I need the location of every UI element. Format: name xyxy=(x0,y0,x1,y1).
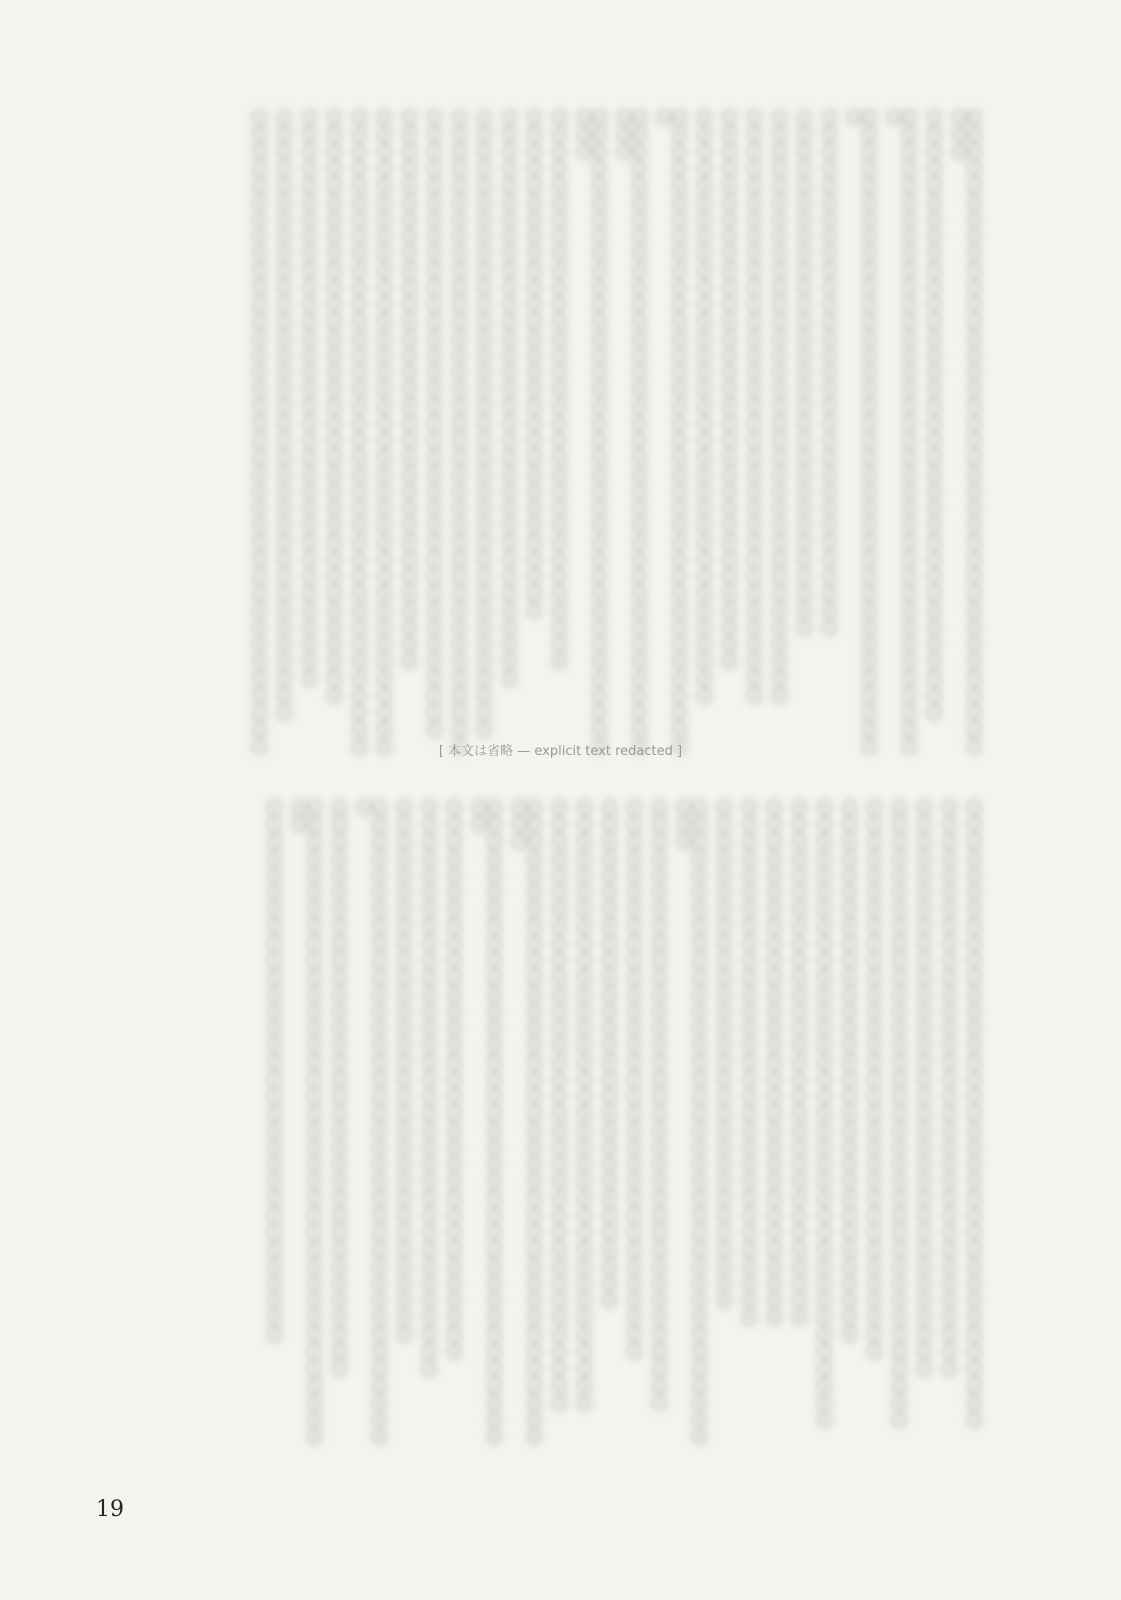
redacted-text-column: 〇〇〇〇〇〇〇〇〇〇〇〇〇〇〇〇〇〇〇〇〇〇〇〇〇〇〇〇〇〇〇〇〇〇〇〇〇〇 xyxy=(351,110,366,770)
redacted-text-column: 〇〇〇〇〇〇〇〇〇〇〇〇〇〇〇〇〇〇〇〇〇〇〇〇〇〇〇〇〇〇〇〇〇〇〇〇〇〇〇〇… xyxy=(676,800,706,1460)
redacted-text-column: 〇〇〇〇〇〇〇〇〇〇〇〇〇〇〇〇〇〇〇〇〇〇〇〇〇〇〇〇〇〇〇〇〇〇〇〇〇 xyxy=(891,800,906,1460)
redacted-text-column: 〇〇〇〇〇〇〇〇〇〇〇〇〇〇〇〇〇〇〇〇〇〇〇〇〇〇〇〇〇〇〇〇〇〇〇〇〇 xyxy=(476,110,491,770)
redacted-text-column: 〇〇〇〇〇〇〇〇〇〇〇〇〇〇〇〇〇〇〇〇〇〇〇〇〇〇〇〇〇〇〇〇〇〇 xyxy=(301,110,316,770)
redacted-text-column: 〇〇〇〇〇〇〇〇〇〇〇〇〇〇〇〇〇〇〇〇〇〇〇〇〇〇〇〇〇〇〇〇〇〇〇〇〇〇〇〇… xyxy=(616,110,646,770)
redacted-text-column: 〇〇〇〇〇〇〇〇〇〇〇〇〇〇〇〇〇〇〇〇〇〇〇〇〇〇〇〇〇〇〇〇 xyxy=(841,800,856,1460)
redacted-text-column: 〇〇〇〇〇〇〇〇〇〇〇〇〇〇〇〇〇〇〇〇〇〇〇〇〇〇〇〇〇〇 xyxy=(526,110,541,770)
redacted-text-column: 〇〇〇〇〇〇〇〇〇〇〇〇〇〇〇〇〇〇〇〇〇〇〇〇〇〇〇〇〇〇〇〇〇〇 xyxy=(501,110,516,770)
redacted-text-column: 〇〇〇〇〇〇〇〇〇〇〇〇〇〇〇〇〇〇〇〇〇〇〇〇〇〇〇〇〇〇〇〇〇〇 xyxy=(941,800,956,1460)
book-page: 〇〇〇〇〇〇〇〇〇〇〇〇〇〇〇〇〇〇〇〇〇〇〇〇〇〇〇〇〇〇〇〇〇〇〇〇〇〇〇〇… xyxy=(0,0,1121,1600)
redacted-text-column: 〇〇〇〇〇〇〇〇〇〇〇〇〇〇〇〇〇〇〇〇〇〇〇〇〇〇〇〇〇〇〇〇〇〇〇〇〇 xyxy=(816,800,831,1460)
text-band-bottom: 〇〇〇〇〇〇〇〇〇〇〇〇〇〇〇〇〇〇〇〇〇〇〇〇〇〇〇〇〇〇〇〇〇〇〇〇〇〇〇〇… xyxy=(120,800,981,1460)
redaction-note: [ 本文は省略 — explicit text redacted ] xyxy=(0,740,1121,759)
redacted-text-column: 〇〇〇〇〇〇〇〇〇〇〇〇〇〇〇〇〇〇〇〇〇〇〇〇〇〇〇〇〇〇〇〇〇〇〇〇〇 xyxy=(966,800,981,1460)
redacted-text-column: 〇〇〇〇〇〇〇〇〇〇〇〇〇〇〇〇〇〇〇〇〇〇〇〇〇〇〇〇〇〇〇〇〇〇 xyxy=(421,800,436,1460)
redacted-text-column: 〇〇〇〇〇〇〇〇〇〇〇〇〇〇〇〇〇〇〇〇〇〇〇〇〇〇〇〇〇〇〇〇〇〇〇〇〇〇 xyxy=(251,110,266,770)
redacted-text-column: 〇〇〇〇〇〇〇〇〇〇〇〇〇〇〇〇〇〇〇〇〇〇〇〇〇〇〇〇〇〇〇〇〇 xyxy=(626,800,641,1460)
redacted-text-column: 〇〇〇〇〇〇〇〇〇〇〇〇〇〇〇〇〇〇〇〇〇〇〇〇〇〇〇〇〇〇〇〇〇〇〇〇〇〇 xyxy=(376,110,391,770)
redacted-text-column: 〇〇〇〇〇〇〇〇〇〇〇〇〇〇〇〇〇〇〇〇〇〇〇〇〇〇〇〇〇〇〇〇〇〇〇〇〇 xyxy=(426,110,441,770)
redacted-text-column: 〇〇〇〇〇〇〇〇〇〇〇〇〇〇〇〇〇〇〇〇〇〇〇〇〇〇〇〇〇〇〇 xyxy=(821,110,836,770)
redacted-text-column: 〇〇〇〇〇〇〇〇〇〇〇〇〇〇〇〇〇〇〇〇〇〇〇〇〇〇〇〇〇〇〇〇〇〇〇〇〇〇〇 xyxy=(846,110,876,770)
redacted-text-column: 〇〇〇〇〇〇〇〇〇〇〇〇〇〇〇〇〇〇〇〇〇〇〇〇〇〇〇〇〇〇〇〇〇〇〇〇〇〇〇〇… xyxy=(951,110,981,770)
redacted-text-column: 〇〇〇〇〇〇〇〇〇〇〇〇〇〇〇〇〇〇〇〇〇〇〇〇〇〇〇〇〇〇〇〇〇〇〇〇 xyxy=(926,110,941,770)
redacted-text-column: 〇〇〇〇〇〇〇〇〇〇〇〇〇〇〇〇〇〇〇〇〇〇〇〇〇〇〇〇〇〇〇〇 xyxy=(396,800,411,1460)
redacted-text-column: 〇〇〇〇〇〇〇〇〇〇〇〇〇〇〇〇〇〇〇〇〇〇〇〇〇〇〇〇〇〇〇〇〇〇〇〇 xyxy=(651,800,666,1460)
redacted-text-column: 〇〇〇〇〇〇〇〇〇〇〇〇〇〇〇〇〇〇〇〇〇〇〇〇〇〇〇〇〇〇〇〇〇〇 xyxy=(331,800,346,1460)
redacted-text-column: 〇〇〇〇〇〇〇〇〇〇〇〇〇〇〇〇〇〇〇〇〇〇〇〇〇〇〇〇〇〇〇〇〇〇〇 xyxy=(326,110,341,770)
redacted-text-column: 〇〇〇〇〇〇〇〇〇〇〇〇〇〇〇〇〇〇〇〇〇〇〇〇〇〇〇〇〇〇〇〇〇〇〇〇〇〇〇〇… xyxy=(576,110,606,770)
redacted-text-column: 〇〇〇〇〇〇〇〇〇〇〇〇〇〇〇〇〇〇〇〇〇〇〇〇〇〇〇〇〇〇〇〇〇〇〇〇〇〇〇 xyxy=(356,800,386,1460)
redacted-text-column: 〇〇〇〇〇〇〇〇〇〇〇〇〇〇〇〇〇〇〇〇〇〇〇〇〇〇〇〇〇〇〇 xyxy=(796,110,811,770)
redacted-text-column: 〇〇〇〇〇〇〇〇〇〇〇〇〇〇〇〇〇〇〇〇〇〇〇〇〇〇〇〇〇〇〇〇〇〇〇 xyxy=(746,110,761,770)
redacted-text-column: 〇〇〇〇〇〇〇〇〇〇〇〇〇〇〇〇〇〇〇〇〇〇〇〇〇〇〇〇〇〇〇〇〇〇 xyxy=(916,800,931,1460)
redacted-text-column: 〇〇〇〇〇〇〇〇〇〇〇〇〇〇〇〇〇〇〇〇〇〇〇〇〇〇〇〇〇〇〇〇〇〇〇〇 xyxy=(576,800,591,1460)
redacted-text-column: 〇〇〇〇〇〇〇〇〇〇〇〇〇〇〇〇〇〇〇〇〇〇〇〇〇〇〇〇〇〇〇〇〇〇〇〇 xyxy=(276,110,291,770)
redacted-text-column: 〇〇〇〇〇〇〇〇〇〇〇〇〇〇〇〇〇〇〇〇〇〇〇〇〇〇〇〇〇〇〇〇〇 xyxy=(866,800,881,1460)
redacted-text-column: 〇〇〇〇〇〇〇〇〇〇〇〇〇〇〇〇〇〇〇〇〇〇〇〇〇〇〇〇〇〇〇 xyxy=(791,800,806,1460)
redacted-text-column: 〇〇〇〇〇〇〇〇〇〇〇〇〇〇〇〇〇〇〇〇〇〇〇〇〇〇〇〇〇〇〇 xyxy=(741,800,756,1460)
redacted-text-column: 〇〇〇〇〇〇〇〇〇〇〇〇〇〇〇〇〇〇〇〇〇〇〇〇〇〇〇〇〇〇〇 xyxy=(766,800,781,1460)
redacted-text-column: 〇〇〇〇〇〇〇〇〇〇〇〇〇〇〇〇〇〇〇〇〇〇〇〇〇〇〇〇〇〇〇〇〇〇〇 xyxy=(696,110,711,770)
redacted-text-column: 〇〇〇〇〇〇〇〇〇〇〇〇〇〇〇〇〇〇〇〇〇〇〇〇〇〇〇〇〇〇〇〇〇〇〇 xyxy=(771,110,786,770)
redacted-text-column: 〇〇〇〇〇〇〇〇〇〇〇〇〇〇〇〇〇〇〇〇〇〇〇〇〇〇〇〇〇〇〇〇〇〇〇〇〇〇〇〇 xyxy=(471,800,501,1460)
redacted-text-column: 〇〇〇〇〇〇〇〇〇〇〇〇〇〇〇〇〇〇〇〇〇〇〇〇〇〇〇〇〇〇〇〇〇〇〇〇〇〇〇 xyxy=(886,110,916,770)
redacted-text-column: 〇〇〇〇〇〇〇〇〇〇〇〇〇〇〇〇〇〇〇〇〇〇〇〇〇〇〇〇〇〇 xyxy=(601,800,616,1460)
redacted-text-column: 〇〇〇〇〇〇〇〇〇〇〇〇〇〇〇〇〇〇〇〇〇〇〇〇〇〇〇〇〇〇〇〇〇〇〇〇〇〇 xyxy=(451,110,466,770)
redacted-text-column: 〇〇〇〇〇〇〇〇〇〇〇〇〇〇〇〇〇〇〇〇〇〇〇〇〇〇〇〇〇〇〇〇〇 xyxy=(401,110,416,770)
redacted-text-column: 〇〇〇〇〇〇〇〇〇〇〇〇〇〇〇〇〇〇〇〇〇〇〇〇〇〇〇〇〇〇〇〇〇 xyxy=(551,110,566,770)
redacted-text-column: 〇〇〇〇〇〇〇〇〇〇〇〇〇〇〇〇〇〇〇〇〇〇〇〇〇〇〇〇〇〇〇〇〇〇〇〇〇〇〇〇 xyxy=(291,800,321,1460)
redacted-text-column: 〇〇〇〇〇〇〇〇〇〇〇〇〇〇〇〇〇〇〇〇〇〇〇〇〇〇〇〇〇〇〇〇〇〇〇〇 xyxy=(551,800,566,1460)
redacted-text-column: 〇〇〇〇〇〇〇〇〇〇〇〇〇〇〇〇〇〇〇〇〇〇〇〇〇〇〇〇〇〇 xyxy=(716,800,731,1460)
page-number: 19 xyxy=(96,1497,124,1522)
text-band-top: 〇〇〇〇〇〇〇〇〇〇〇〇〇〇〇〇〇〇〇〇〇〇〇〇〇〇〇〇〇〇〇〇〇〇〇〇〇〇〇〇… xyxy=(120,110,981,770)
redacted-text-column: 〇〇〇〇〇〇〇〇〇〇〇〇〇〇〇〇〇〇〇〇〇〇〇〇〇〇〇〇〇〇〇〇〇〇〇〇〇〇〇〇… xyxy=(511,800,541,1460)
redacted-text-column: 〇〇〇〇〇〇〇〇〇〇〇〇〇〇〇〇〇〇〇〇〇〇〇〇〇〇〇〇〇〇〇〇〇 xyxy=(446,800,461,1460)
redacted-text-column: 〇〇〇〇〇〇〇〇〇〇〇〇〇〇〇〇〇〇〇〇〇〇〇〇〇〇〇〇〇〇〇〇 xyxy=(266,800,281,1460)
redacted-text-column: 〇〇〇〇〇〇〇〇〇〇〇〇〇〇〇〇〇〇〇〇〇〇〇〇〇〇〇〇〇〇〇〇〇〇〇〇〇〇〇 xyxy=(656,110,686,770)
redacted-text-column: 〇〇〇〇〇〇〇〇〇〇〇〇〇〇〇〇〇〇〇〇〇〇〇〇〇〇〇〇〇〇〇〇〇 xyxy=(721,110,736,770)
